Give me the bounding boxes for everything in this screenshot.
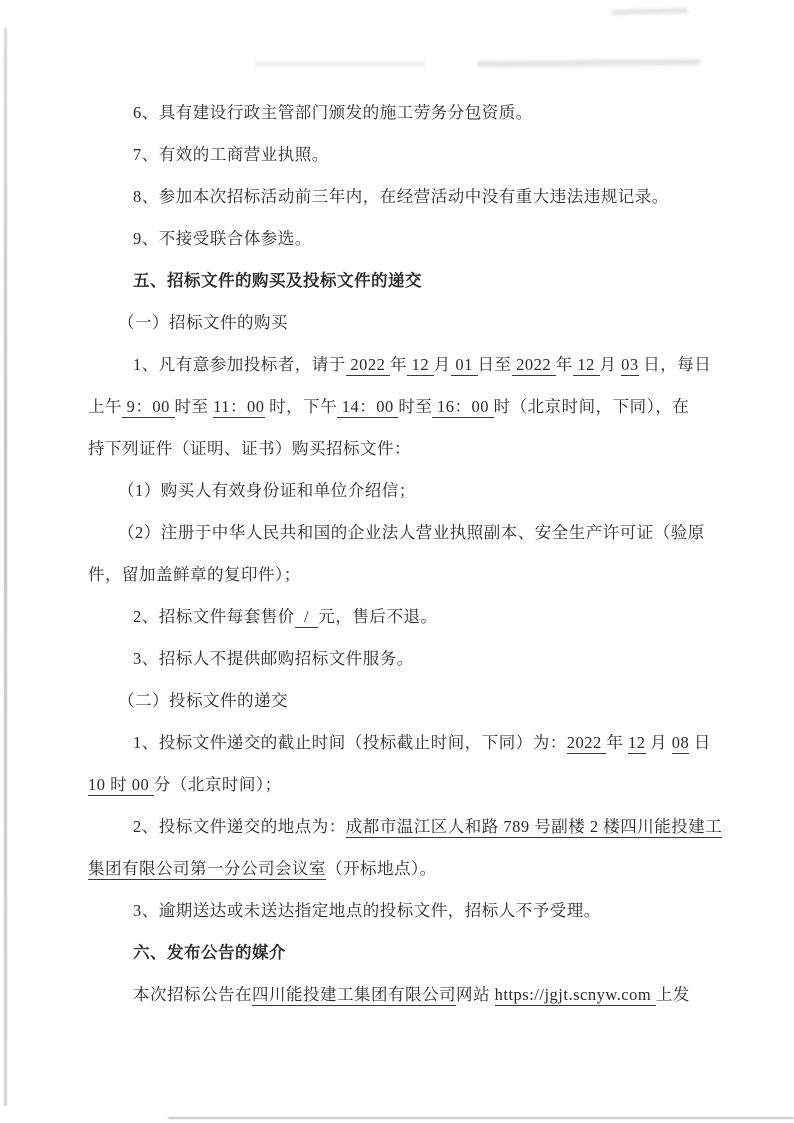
text-run: 3、逾期送达或未送达指定地点的投标文件，招标人不予受理。	[133, 901, 601, 920]
text-run: （一）招标文件的购买	[118, 313, 288, 332]
document-line: 1、凡有意参加投标者，请于 2022 年 12 月 01 日至 2022 年 1…	[88, 344, 738, 386]
text-run: 时至	[175, 397, 214, 416]
text-run: 日至	[478, 355, 512, 374]
text-run: 本次招标公告在	[133, 985, 252, 1004]
text-run: 年	[556, 355, 573, 374]
underlined-field: 16：00	[432, 397, 493, 418]
text-run: （开标地点）。	[326, 859, 437, 878]
scan-artifact-streak	[478, 59, 700, 67]
text-run: 五、招标文件的购买及投标文件的递交	[133, 271, 422, 290]
underlined-field: 11：00	[213, 397, 264, 418]
document-line: 本次招标公告在四川能投建工集团有限公司网站 https://jgjt.scnyw…	[88, 974, 738, 1016]
text-run: 年	[606, 733, 628, 752]
text-run: 持下列证件（证明、证书）购买招标文件：	[88, 439, 411, 458]
text-run: 元，售后不退。	[318, 607, 437, 626]
document-line: 8、参加本次招标活动前三年内，在经营活动中没有重大违法违规记录。	[88, 176, 738, 218]
text-run: 2、投标文件递交的地点为：	[133, 817, 346, 836]
text-run: 上发	[656, 985, 690, 1004]
underlined-field: 12	[628, 733, 646, 754]
document-line: 9、不接受联合体参选。	[88, 218, 738, 260]
underlined-field: /	[295, 607, 319, 628]
underlined-field: 9：00	[122, 397, 175, 418]
document-page: 6、具有建设行政主管部门颁发的施工劳务分包资质。7、有效的工商营业执照。8、参加…	[0, 0, 794, 1123]
section-heading: 六、发布公告的媒介	[88, 932, 738, 974]
document-line: 2、招标文件每套售价 / 元，售后不退。	[88, 596, 738, 638]
document-line: 7、有效的工商营业执照。	[88, 134, 738, 176]
document-line: 10 时 00 分（北京时间）；	[88, 764, 738, 806]
underlined-field: 2022	[346, 355, 390, 376]
underlined-field: 14：00	[337, 397, 398, 418]
text-run: 7、有效的工商营业执照。	[133, 145, 329, 164]
document-line: 集团有限公司第一分公司会议室（开标地点）。	[88, 848, 738, 890]
text-run: （1）购买人有效身份证和单位介绍信；	[118, 481, 416, 500]
document-line: 持下列证件（证明、证书）购买招标文件：	[88, 428, 738, 470]
scan-edge-bottom	[168, 1117, 794, 1119]
document-content: 6、具有建设行政主管部门颁发的施工劳务分包资质。7、有效的工商营业执照。8、参加…	[88, 92, 738, 1016]
text-run: 9、不接受联合体参选。	[133, 229, 312, 248]
text-run: （2）注册于中华人民共和国的企业法人营业执照副本、安全生产许可证（验原	[118, 523, 705, 542]
underlined-field: 08	[672, 733, 690, 754]
document-line: 上午 9：00 时至 11：00 时，下午 14：00 时至 16：00 时（北…	[88, 386, 738, 428]
text-run: 1、凡有意参加投标者，请于	[133, 355, 346, 374]
text-run: 年	[390, 355, 407, 374]
document-line: 3、招标人不提供邮购招标文件服务。	[88, 638, 738, 680]
document-line: （二）投标文件的递交	[88, 680, 738, 722]
text-run: 上午	[88, 397, 122, 416]
scan-artifact-streak	[255, 62, 425, 66]
text-run: 分（北京时间）；	[154, 775, 282, 794]
text-run: 月	[434, 355, 451, 374]
section-heading: 五、招标文件的购买及投标文件的递交	[88, 260, 738, 302]
text-run: 件，留加盖鲜章的复印件）；	[88, 565, 301, 584]
underlined-field: 12	[407, 355, 434, 376]
document-line: 2、投标文件递交的地点为：成都市温江区人和路 789 号副楼 2 楼四川能投建工	[88, 806, 738, 848]
document-line: （2）注册于中华人民共和国的企业法人营业执照副本、安全生产许可证（验原	[88, 512, 738, 554]
text-run: 3、招标人不提供邮购招标文件服务。	[133, 649, 414, 668]
text-run: 六、发布公告的媒介	[133, 943, 286, 962]
text-run: 月	[646, 733, 672, 752]
text-run: 1、投标文件递交的截止时间（投标截止时间，下同）为：	[133, 733, 567, 752]
document-line: 1、投标文件递交的截止时间（投标截止时间，下同）为：2022 年 12 月 08…	[88, 722, 738, 764]
underlined-field: 12	[573, 355, 600, 376]
underlined-field: 03	[621, 355, 639, 376]
underlined-field: 2022	[512, 355, 556, 376]
text-run: 6、具有建设行政主管部门颁发的施工劳务分包资质。	[133, 103, 533, 122]
underlined-field: 2022	[567, 733, 607, 754]
text-run: 8、参加本次招标活动前三年内，在经营活动中没有重大违法违规记录。	[133, 187, 669, 206]
text-run: 日，每日	[639, 355, 712, 374]
document-line: 6、具有建设行政主管部门颁发的施工劳务分包资质。	[88, 92, 738, 134]
text-run: 月	[600, 355, 622, 374]
underlined-field: 成都市温江区人和路 789 号副楼 2 楼四川能投建工	[346, 817, 723, 838]
text-run: 网站	[456, 985, 495, 1004]
document-line: （一）招标文件的购买	[88, 302, 738, 344]
text-run: 时至	[398, 397, 432, 416]
text-run: 日	[689, 733, 711, 752]
underlined-field: 10 时 00	[88, 775, 154, 796]
document-line: （1）购买人有效身份证和单位介绍信；	[88, 470, 738, 512]
scan-artifact-streak	[612, 8, 688, 15]
document-line: 3、逾期送达或未送达指定地点的投标文件，招标人不予受理。	[88, 890, 738, 932]
document-line: 件，留加盖鲜章的复印件）；	[88, 554, 738, 596]
text-run: 时，下午	[265, 397, 338, 416]
underlined-field: 01	[451, 355, 478, 376]
underlined-field: 四川能投建工集团有限公司	[252, 985, 456, 1006]
text-run: 时（北京时间，下同），在	[494, 397, 690, 416]
underlined-field: 集团有限公司第一分公司会议室	[88, 859, 326, 880]
scan-edge-left	[4, 28, 7, 1106]
text-run: 2、招标文件每套售价	[133, 607, 295, 626]
text-run: （二）投标文件的递交	[118, 691, 288, 710]
underlined-field: https://jgjt.scnyw.com	[495, 985, 656, 1006]
